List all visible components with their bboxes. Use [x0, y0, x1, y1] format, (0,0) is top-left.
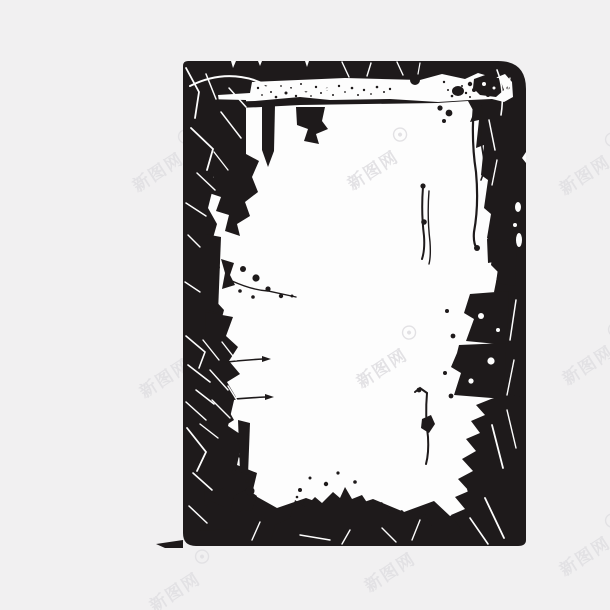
splatter-dot — [443, 371, 447, 375]
fly-speck — [232, 470, 236, 474]
fly-speck — [298, 488, 302, 492]
splatter-dot — [251, 295, 255, 299]
cluster-fleck — [496, 328, 500, 332]
blob-fleck — [482, 82, 486, 86]
splatter-dot — [451, 334, 456, 339]
cluster-fleck — [487, 357, 494, 364]
splatter-dot — [240, 266, 246, 272]
band-fleck — [513, 223, 517, 227]
band-dot — [437, 105, 442, 110]
splatter-dot — [238, 289, 242, 293]
fly-speck — [336, 471, 339, 474]
blob-slot — [246, 113, 261, 152]
bottom-dot — [246, 487, 255, 496]
band-dot — [452, 86, 464, 96]
grunge-frame-graphic: 新图网新图网新图网新图网新图网新图网新图网新图网新图网 — [0, 0, 610, 610]
band-dot — [410, 75, 420, 85]
fly-speck — [324, 482, 328, 486]
image-canvas: 新图网新图网新图网新图网新图网新图网新图网新图网新图网 — [0, 0, 610, 610]
splatter-dot — [445, 309, 449, 313]
band-dot — [468, 82, 472, 86]
cluster-fleck — [468, 378, 473, 383]
blob-fleck — [493, 87, 496, 90]
left-band-bar — [238, 420, 250, 475]
right-band-cluster — [451, 343, 506, 399]
fly-speck — [309, 477, 312, 480]
splatter-dot — [449, 394, 454, 399]
band-fleck — [515, 202, 521, 212]
fly-speck — [245, 479, 249, 483]
band-dot — [442, 119, 446, 123]
splatter-dot — [252, 274, 259, 281]
fly-speck — [238, 454, 242, 458]
band-fleck — [516, 233, 522, 247]
cluster-fleck — [478, 313, 484, 319]
fly-speck — [353, 480, 357, 484]
band-dot — [446, 110, 453, 117]
